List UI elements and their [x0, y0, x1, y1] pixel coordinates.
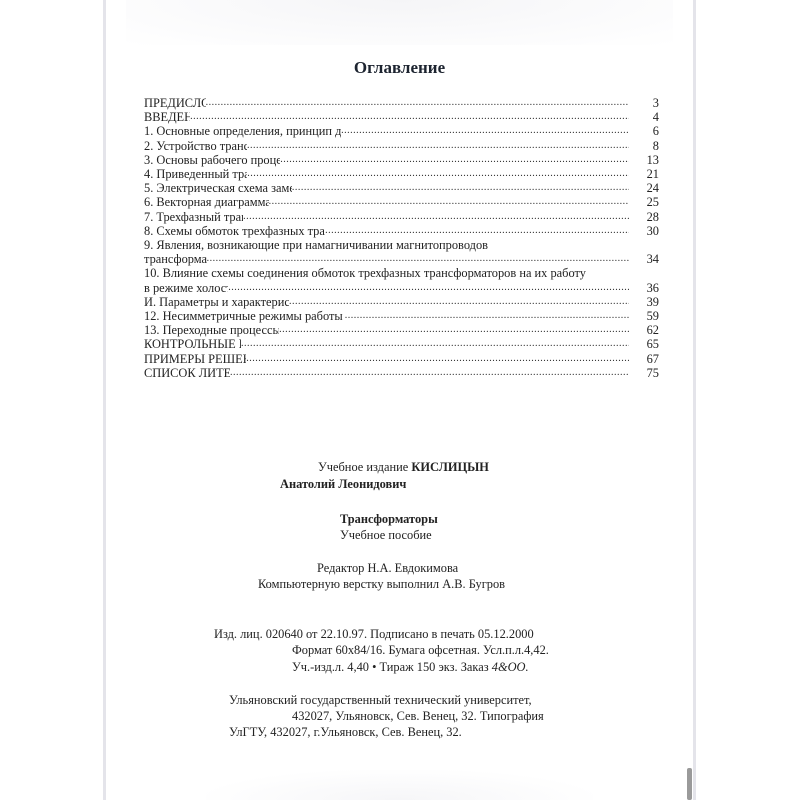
toc-entry-label: ПРИМЕРЫ РЕШЕНИЯ ЗАДАЧ — [144, 352, 246, 366]
toc-entry-label: 3. Основы рабочего процесса трансформато… — [144, 153, 280, 167]
toc-leader-dots — [190, 110, 629, 124]
toc-entry-page-number: 30 — [637, 224, 659, 238]
toc-entry-label-line2: в режиме холостого хода — [144, 281, 228, 295]
toc-entry-page-number: 65 — [637, 337, 659, 351]
license-line: Изд. лиц. 020640 от 22.10.97. Подписано … — [214, 627, 534, 643]
toc-entry[interactable]: КОНТРОЛЬНЫЕ ВОПРОСЫ65 — [144, 337, 659, 351]
toc-entry-page-number: 3 — [637, 96, 659, 110]
toc-entry-page-number: 21 — [637, 167, 659, 181]
toc-entry[interactable]: ВВЕДЕНИЕ4 — [144, 110, 659, 124]
document-page: Оглавление ПРЕДИСЛОВИЕ3ВВЕДЕНИЕ41. Основ… — [103, 0, 696, 800]
toc-entry-label-line2: трансформаторов — [144, 252, 207, 266]
toc-leader-dots — [289, 295, 629, 309]
toc-entry-label: 13. Переходные процессы в трансформатора… — [144, 323, 279, 337]
toc-leader-dots — [247, 139, 629, 153]
toc-entry[interactable]: 3. Основы рабочего процесса трансформато… — [144, 153, 659, 167]
toc-entry-page-number: 28 — [637, 210, 659, 224]
toc-entry-page-number: 39 — [637, 295, 659, 309]
toc-leader-dots — [228, 281, 629, 295]
toc-entry-label: ВВЕДЕНИЕ — [144, 110, 190, 124]
toc-entry-label: СПИСОК ЛИТЕРАТУРЫ — [144, 366, 230, 380]
toc-entry[interactable]: 1. Основные определения, принцип действи… — [144, 124, 659, 138]
toc-entry[interactable]: ПРЕДИСЛОВИЕ3 — [144, 96, 659, 110]
publisher-line-1: Ульяновский государственный технический … — [229, 693, 532, 709]
author-name: Анатолий Леонидович — [280, 477, 406, 493]
book-title: Трансформаторы — [340, 512, 438, 528]
toc-entry[interactable]: 12. Несимметричные режимы работы и перех… — [144, 309, 659, 323]
toc-leader-dots — [206, 96, 629, 110]
toc-leader-dots — [345, 309, 629, 323]
toc-entry-page-number: 13 — [637, 153, 659, 167]
toc-entry-label: 4. Приведенный трансформатор — [144, 167, 247, 181]
toc-leader-dots — [269, 195, 629, 209]
toc-entry-label-line1: 9. Явления, возникающие при намагничиван… — [144, 238, 659, 252]
toc-entry[interactable]: ПРИМЕРЫ РЕШЕНИЯ ЗАДАЧ 67 — [144, 352, 659, 366]
toc-entry-label: КОНТРОЛЬНЫЕ ВОПРОСЫ — [144, 337, 241, 351]
toc-entry[interactable]: 2. Устройство трансформаторов 8 — [144, 139, 659, 153]
layout-line: Компьютерную верстку выполнил А.В. Бугро… — [258, 577, 505, 593]
order-number: 4&OO. — [492, 660, 529, 674]
editor-line: Редактор Н.А. Евдокимова — [317, 561, 458, 577]
toc-entry[interactable]: И. Параметры и характеристики трансформа… — [144, 295, 659, 309]
toc-leader-dots — [243, 210, 629, 224]
toc-entry-label: 5. Электрическая схема замещения трансфо… — [144, 181, 292, 195]
toc-entry-page-number: 36 — [637, 281, 659, 295]
format-line: Формат 60x84/16. Бумага офсетная. Усл.п.… — [292, 643, 549, 659]
toc-entry-label: 6. Векторная диаграмма трансформатора — [144, 195, 269, 209]
toc-entry-label: 12. Несимметричные режимы работы и перех… — [144, 309, 345, 323]
toc-leader-dots — [246, 352, 629, 366]
toc-leader-dots — [241, 337, 629, 351]
publisher-line-3: УлГТУ, 432027, г.Ульяновск, Сев. Венец, … — [229, 725, 462, 741]
print-run-text: Уч.-изд.л. 4,40 • Тираж 150 экз. Заказ — [292, 660, 492, 674]
toc-entry[interactable]: 5. Электрическая схема замещения трансфо… — [144, 181, 659, 195]
toc-leader-dots — [292, 181, 629, 195]
publisher-line-2: 432027, Ульяновск, Сев. Венец, 32. Типог… — [292, 709, 544, 725]
toc-leader-dots — [247, 167, 629, 181]
toc-entry-label: 2. Устройство трансформаторов — [144, 139, 247, 153]
edition-type: Учебное издание — [318, 460, 411, 474]
toc-entry-page-number: 34 — [637, 252, 659, 266]
toc-entry-page-number: 67 — [637, 352, 659, 366]
toc-entry-label-line1: 10. Влияние схемы соединения обмоток тре… — [144, 266, 659, 280]
edition-line: Учебное издание КИСЛИЦЫН — [318, 460, 489, 476]
book-subtitle: Учебное пособие — [340, 528, 432, 544]
toc-entry[interactable]: 4. Приведенный трансформатор 21 — [144, 167, 659, 181]
toc-leader-dots — [279, 323, 629, 337]
toc-title: Оглавление — [106, 58, 693, 78]
toc-leader-dots — [341, 124, 629, 138]
toc-entry[interactable]: 9. Явления, возникающие при намагничиван… — [144, 238, 659, 266]
print-run-line: Уч.-изд.л. 4,40 • Тираж 150 экз. Заказ 4… — [292, 660, 529, 676]
toc-entry-label: ПРЕДИСЛОВИЕ — [144, 96, 206, 110]
toc-entry-page-number: 59 — [637, 309, 659, 323]
document-viewer: Оглавление ПРЕДИСЛОВИЕ3ВВЕДЕНИЕ41. Основ… — [0, 0, 800, 800]
vertical-scrollbar-thumb[interactable] — [687, 768, 692, 800]
toc-entry-page-number: 75 — [637, 366, 659, 380]
toc-entry-label: 7. Трехфазный трансформатор — [144, 210, 243, 224]
toc-leader-dots — [230, 366, 629, 380]
toc-leader-dots — [207, 252, 629, 266]
toc-leader-dots — [325, 224, 629, 238]
toc-entry-label: 1. Основные определения, принцип действи… — [144, 124, 341, 138]
toc-entry-page-number: 4 — [637, 110, 659, 124]
author-surname: КИСЛИЦЫН — [411, 460, 489, 474]
toc-entry[interactable]: 6. Векторная диаграмма трансформатора25 — [144, 195, 659, 209]
toc-entry[interactable]: 7. Трехфазный трансформатор28 — [144, 210, 659, 224]
toc-entry-label: 8. Схемы обмоток трехфазных трансформато… — [144, 224, 325, 238]
table-of-contents: ПРЕДИСЛОВИЕ3ВВЕДЕНИЕ41. Основные определ… — [144, 96, 659, 380]
toc-entry-page-number: 6 — [637, 124, 659, 138]
page-top-shadow — [126, 0, 673, 45]
toc-entry-page-number: 62 — [637, 323, 659, 337]
toc-entry-page-number: 8 — [637, 139, 659, 153]
toc-entry-page-number: 25 — [637, 195, 659, 209]
toc-entry[interactable]: 8. Схемы обмоток трехфазных трансформато… — [144, 224, 659, 238]
toc-entry[interactable]: 13. Переходные процессы в трансформатора… — [144, 323, 659, 337]
toc-entry[interactable]: 10. Влияние схемы соединения обмоток тре… — [144, 266, 659, 294]
page-bottom-shadow — [206, 770, 593, 800]
toc-entry-label: И. Параметры и характеристики трансформа… — [144, 295, 289, 309]
toc-entry[interactable]: СПИСОК ЛИТЕРАТУРЫ75 — [144, 366, 659, 380]
toc-entry-page-number: 24 — [637, 181, 659, 195]
toc-leader-dots — [280, 153, 629, 167]
